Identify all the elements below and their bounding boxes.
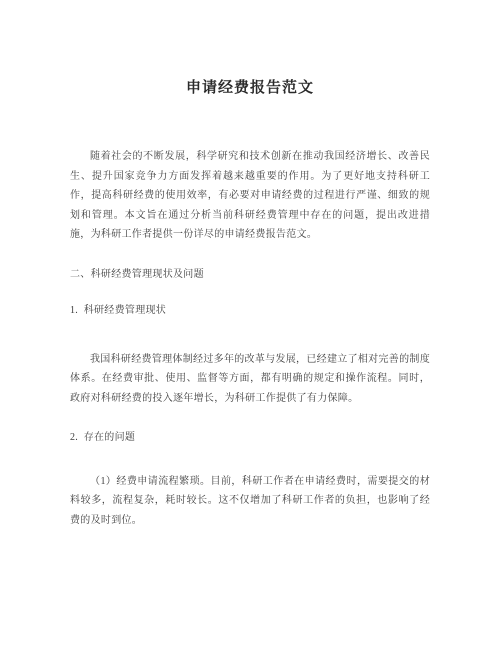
paragraph-introduction: 随着社会的不断发展，科学研究和技术创新在推动我国经济增长、改善民生、提升国家竞争… [70,147,430,245]
heading-subsection-1-management-status: 1. 科研经费管理现状 [70,301,430,321]
paragraph-problem-1-cumbersome-process: （1）经费申请流程繁琐。目前，科研工作者在申请经费时，需要提交的材料较多，流程复… [70,472,430,531]
paragraph-management-status: 我国科研经费管理体制经过多年的改革与发展，已经建立了相对完善的制度体系。在经费审… [70,350,430,409]
document-title: 申请经费报告范文 [70,78,430,99]
heading-section-two-status-and-problems: 二、科研经费管理现状及问题 [70,265,430,285]
heading-subsection-2-existing-problems: 2. 存在的问题 [70,428,430,448]
document-page: 申请经费报告范文 随着社会的不断发展，科学研究和技术创新在推动我国经济增长、改善… [0,0,500,647]
